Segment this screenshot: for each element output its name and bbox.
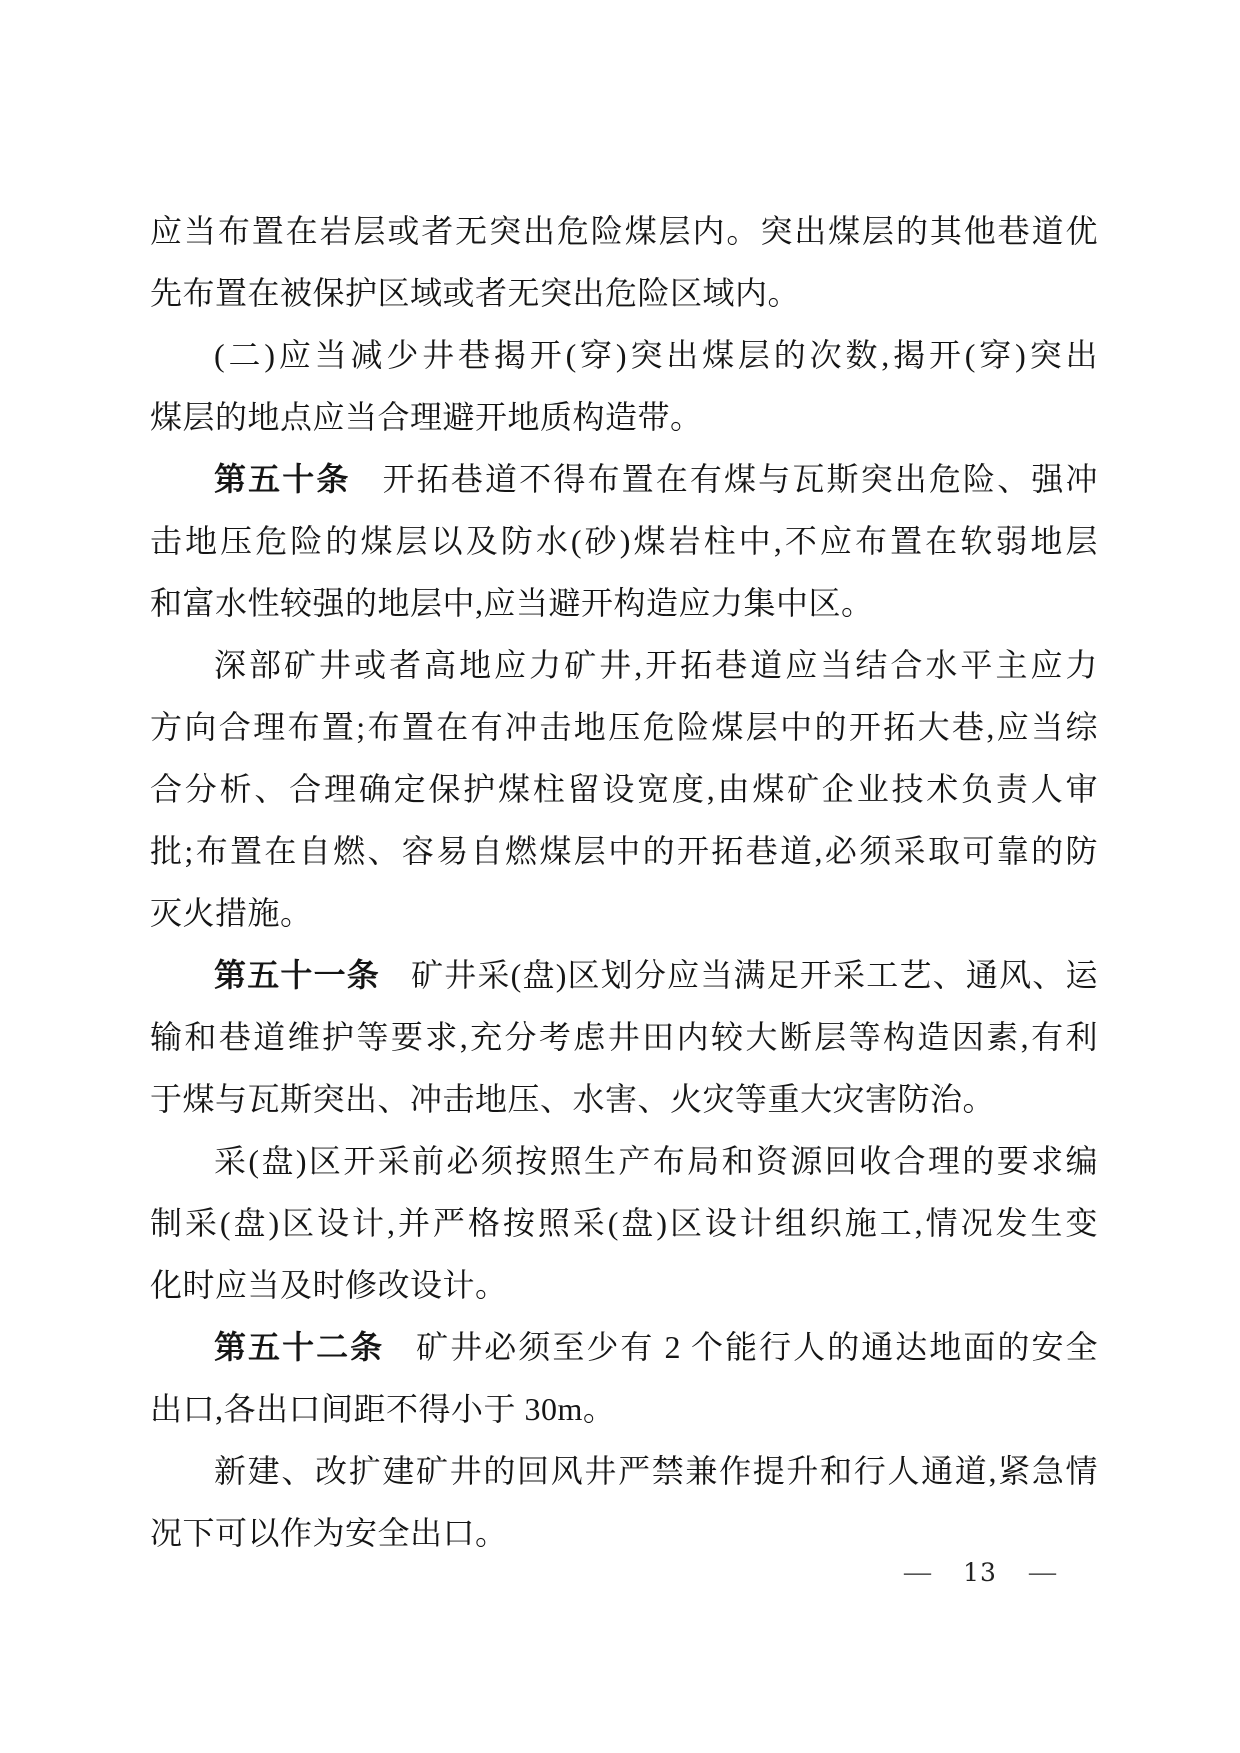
line-text: 出口,各出口间距不得小于 30m。 <box>150 1391 615 1427</box>
text-line: 应当布置在岩层或者无突出危险煤层内。突出煤层的其他巷道优 <box>150 200 1098 262</box>
line-text: 于煤与瓦斯突出、冲击地压、水害、火灾等重大灾害防治。 <box>150 1081 995 1117</box>
line-text: 击地压危险的煤层以及防水(砂)煤岩柱中,不应布置在软弱地层 <box>150 523 1098 559</box>
text-line: 制采(盘)区设计,并严格按照采(盘)区设计组织施工,情况发生变 <box>150 1192 1098 1254</box>
text-line: 击地压危险的煤层以及防水(砂)煤岩柱中,不应布置在软弱地层 <box>150 510 1098 572</box>
text-line: 合分析、合理确定保护煤柱留设宽度,由煤矿企业技术负责人审 <box>150 758 1098 820</box>
body-text: 应当布置在岩层或者无突出危险煤层内。突出煤层的其他巷道优 先布置在被保护区域或者… <box>150 200 1098 1564</box>
article-number-52: 第五十二条 <box>214 1328 384 1366</box>
text-line: 采(盘)区开采前必须按照生产布局和资源回收合理的要求编 <box>150 1130 1098 1192</box>
line-text: 况下可以作为安全出口。 <box>150 1515 508 1551</box>
text-line: 况下可以作为安全出口。 <box>150 1502 1098 1564</box>
line-text: 开拓巷道不得布置在有煤与瓦斯突出危险、强冲 <box>381 461 1098 497</box>
line-text: 输和巷道维护等要求,充分考虑井田内较大断层等构造因素,有利 <box>150 1019 1098 1055</box>
text-line: 新建、改扩建矿井的回风井严禁兼作提升和行人通道,紧急情 <box>150 1440 1098 1502</box>
article-number-51: 第五十一条 <box>214 956 380 994</box>
text-line: 和富水性较强的地层中,应当避开构造应力集中区。 <box>150 572 1098 634</box>
text-line: 于煤与瓦斯突出、冲击地压、水害、火灾等重大灾害防治。 <box>150 1068 1098 1130</box>
text-line: (二)应当减少井巷揭开(穿)突出煤层的次数,揭开(穿)突出 <box>150 324 1098 386</box>
text-line: 煤层的地点应当合理避开地质构造带。 <box>150 386 1098 448</box>
footer-dash-left: — <box>903 1558 933 1587</box>
line-text: 煤层的地点应当合理避开地质构造带。 <box>150 399 703 435</box>
line-text: 合分析、合理确定保护煤柱留设宽度,由煤矿企业技术负责人审 <box>150 771 1098 807</box>
text-line: 第五十一条矿井采(盘)区划分应当满足开采工艺、通风、运 <box>150 944 1098 1006</box>
line-text: 化时应当及时修改设计。 <box>150 1267 508 1303</box>
line-text: 新建、改扩建矿井的回风井严禁兼作提升和行人通道,紧急情 <box>214 1453 1098 1489</box>
article-number-50: 第五十条 <box>214 460 351 498</box>
line-text: 制采(盘)区设计,并严格按照采(盘)区设计组织施工,情况发生变 <box>150 1205 1098 1241</box>
line-text: 矿井必须至少有 2 个能行人的通达地面的安全 <box>415 1329 1098 1365</box>
text-line: 批;布置在自燃、容易自燃煤层中的开拓巷道,必须采取可靠的防 <box>150 820 1098 882</box>
line-text: 深部矿井或者高地应力矿井,开拓巷道应当结合水平主应力 <box>214 647 1098 683</box>
line-text: 采(盘)区开采前必须按照生产布局和资源回收合理的要求编 <box>214 1143 1098 1179</box>
text-line: 化时应当及时修改设计。 <box>150 1254 1098 1316</box>
document-page: 应当布置在岩层或者无突出危险煤层内。突出煤层的其他巷道优 先布置在被保护区域或者… <box>0 0 1240 1753</box>
line-text: 矿井采(盘)区划分应当满足开采工艺、通风、运 <box>410 957 1098 993</box>
line-text: 批;布置在自燃、容易自燃煤层中的开拓巷道,必须采取可靠的防 <box>150 833 1098 869</box>
text-line: 第五十条开拓巷道不得布置在有煤与瓦斯突出危险、强冲 <box>150 448 1098 510</box>
line-text: 应当布置在岩层或者无突出危险煤层内。突出煤层的其他巷道优 <box>150 213 1098 249</box>
text-line: 输和巷道维护等要求,充分考虑井田内较大断层等构造因素,有利 <box>150 1006 1098 1068</box>
text-line: 先布置在被保护区域或者无突出危险区域内。 <box>150 262 1098 324</box>
text-line: 方向合理布置;布置在有冲击地压危险煤层中的开拓大巷,应当综 <box>150 696 1098 758</box>
footer-dash-right: — <box>1028 1558 1058 1587</box>
text-line: 出口,各出口间距不得小于 30m。 <box>150 1378 1098 1440</box>
page-footer: — 13 — <box>905 1558 1055 1587</box>
text-line: 第五十二条矿井必须至少有 2 个能行人的通达地面的安全 <box>150 1316 1098 1378</box>
text-line: 灭火措施。 <box>150 882 1098 944</box>
line-text: 和富水性较强的地层中,应当避开构造应力集中区。 <box>150 585 874 621</box>
line-text: 先布置在被保护区域或者无突出危险区域内。 <box>150 275 800 311</box>
line-text: 灭火措施。 <box>150 895 313 931</box>
line-text: (二)应当减少井巷揭开(穿)突出煤层的次数,揭开(穿)突出 <box>214 337 1098 373</box>
page-number: 13 <box>963 1558 997 1587</box>
text-line: 深部矿井或者高地应力矿井,开拓巷道应当结合水平主应力 <box>150 634 1098 696</box>
line-text: 方向合理布置;布置在有冲击地压危险煤层中的开拓大巷,应当综 <box>150 709 1098 745</box>
